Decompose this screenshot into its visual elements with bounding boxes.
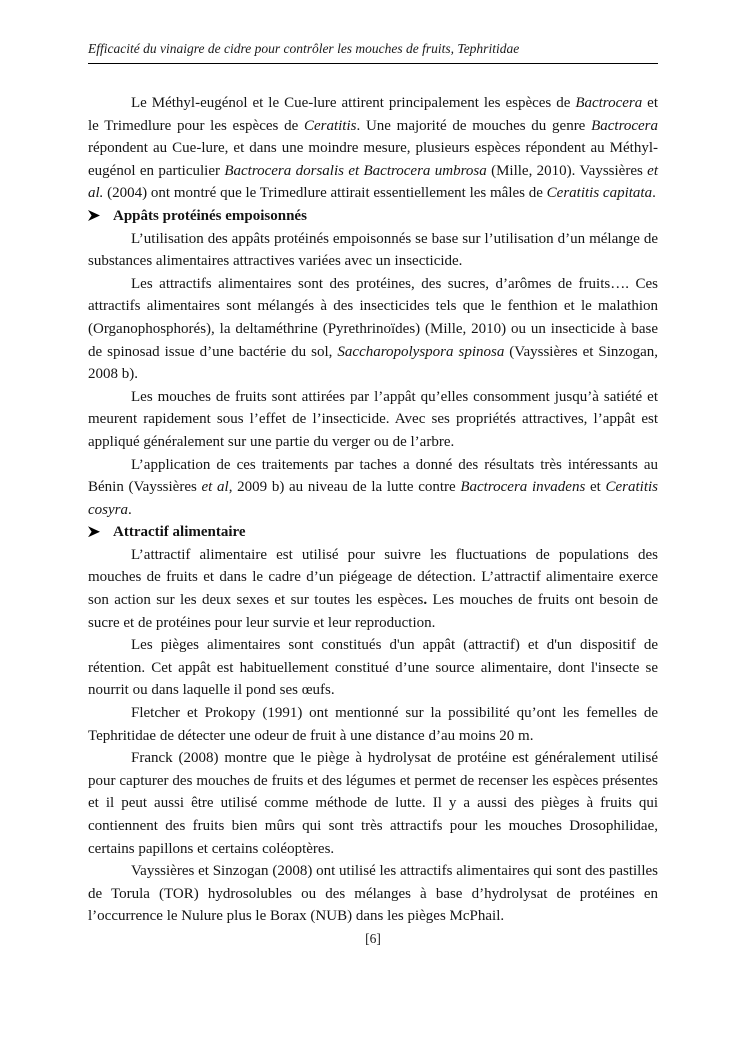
paragraph: Les attractifs alimentaires sont des pro…	[88, 273, 658, 386]
paragraph: Les pièges alimentaires sont constitués …	[88, 634, 658, 702]
section-heading-appats-proteines: Appâts protéinés empoisonnés	[88, 205, 658, 228]
arrow-bullet-icon	[88, 210, 100, 221]
paragraph: Franck (2008) montre que le piège à hydr…	[88, 747, 658, 860]
section-heading-attractif-alimentaire: Attractif alimentaire	[88, 521, 658, 544]
section-heading-label: Attractif alimentaire	[113, 524, 246, 540]
arrow-bullet-icon	[88, 526, 100, 537]
paragraph: Les mouches de fruits sont attirées par …	[88, 386, 658, 454]
paragraph: L’attractif alimentaire est utilisé pour…	[88, 544, 658, 634]
document-body: Le Méthyl-eugénol et le Cue-lure attiren…	[88, 92, 658, 928]
section-heading-label: Appâts protéinés empoisonnés	[113, 208, 307, 224]
paragraph: Vayssières et Sinzogan (2008) ont utilis…	[88, 860, 658, 928]
paragraph: L’application de ces traitements par tac…	[88, 454, 658, 522]
running-header: Efficacité du vinaigre de cidre pour con…	[88, 40, 658, 64]
paragraph: Le Méthyl-eugénol et le Cue-lure attiren…	[88, 92, 658, 205]
document-page: Efficacité du vinaigre de cidre pour con…	[0, 0, 745, 1053]
page-number-label: [6]	[365, 931, 381, 946]
paragraph: Fletcher et Prokopy (1991) ont mentionné…	[88, 702, 658, 747]
running-header-title: Efficacité du vinaigre de cidre pour con…	[88, 41, 519, 56]
paragraph: L’utilisation des appâts protéinés empoi…	[88, 228, 658, 273]
page-content: Efficacité du vinaigre de cidre pour con…	[88, 40, 658, 947]
page-number: [6]	[88, 931, 658, 947]
